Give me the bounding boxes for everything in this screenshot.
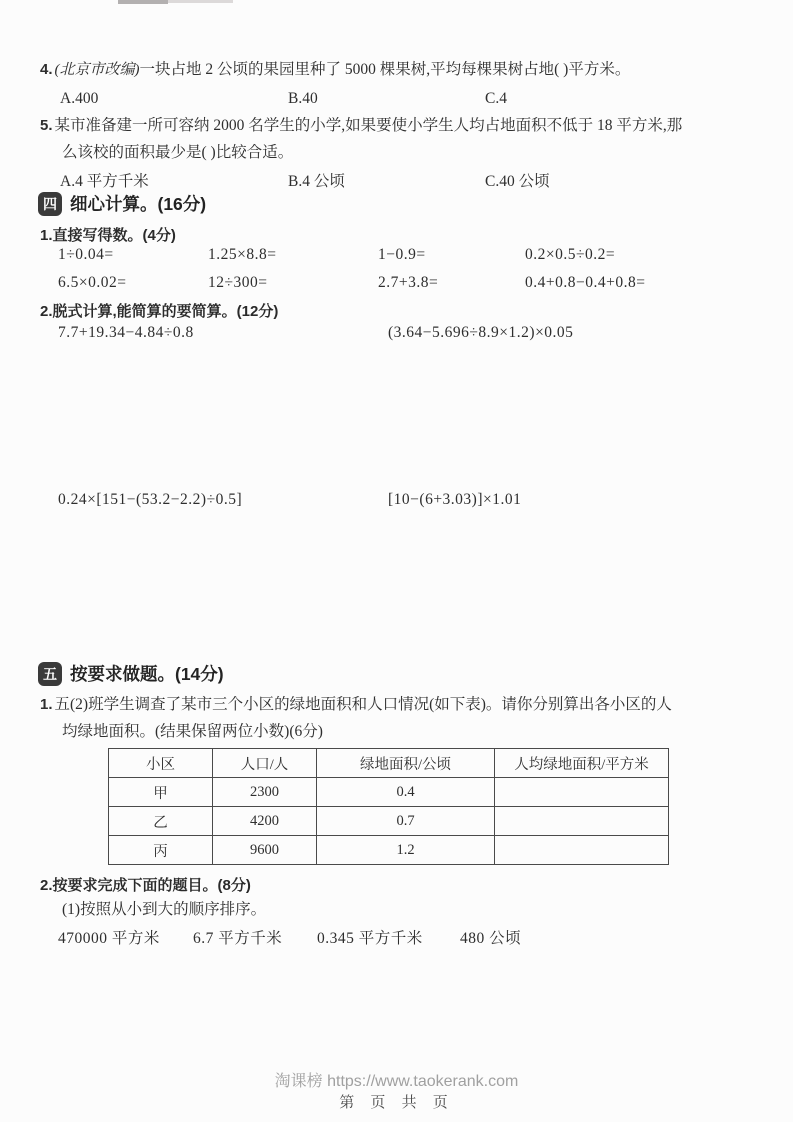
sort-item: 480 公顷: [460, 926, 521, 948]
table-row: 乙 4200 0.7: [109, 807, 669, 836]
question-4-number: 4.: [40, 60, 53, 80]
question-4-option-b: B.40: [288, 90, 318, 108]
section-4-badge-icon: 四: [38, 192, 62, 216]
quick-calc-item: 0.2×0.5÷0.2=: [525, 246, 615, 264]
footer-site-watermark: 淘课榜 https://www.taokerank.com: [0, 1068, 793, 1091]
stepwise-expression: [10−(6+3.03)]×1.01: [388, 491, 521, 509]
question-4-text: 一块占地 2 公顷的果园里种了 5000 棵果树,平均每棵果树占地( )平方米。: [140, 60, 631, 80]
question-4-option-a: A.400: [60, 90, 98, 108]
cell-green-area: 0.4: [317, 778, 495, 807]
cell-green-area: 1.2: [317, 836, 495, 865]
section-5-question-2-sub: (1)按照从小到大的顺序排序。: [62, 900, 266, 920]
table-header-population: 人口/人: [213, 749, 317, 778]
footer-page-indicator: 第 页 共 页: [0, 1091, 793, 1112]
section-4-header: 四 细心计算。(16分): [38, 191, 206, 216]
table-row: 甲 2300 0.4: [109, 778, 669, 807]
quick-calc-item: 12÷300=: [208, 274, 268, 292]
scan-artifact-line: [118, 0, 168, 4]
section-5-header: 五 按要求做题。(14分): [38, 661, 224, 686]
quick-calc-item: 6.5×0.02=: [58, 274, 126, 292]
community-green-area-table: 小区 人口/人 绿地面积/公顷 人均绿地面积/平方米 甲 2300 0.4 乙 …: [108, 748, 669, 865]
section-5-title: 按要求做题。(14分): [70, 661, 224, 686]
sort-item: 470000 平方米: [58, 926, 160, 948]
section-4-part-1-title: 1.直接写得数。(4分): [40, 224, 176, 245]
section-5-question-1-line2: 均绿地面积。(结果保留两位小数)(6分): [62, 722, 323, 742]
cell-population: 2300: [213, 778, 317, 807]
cell-community: 乙: [109, 807, 213, 836]
cell-answer-blank: [495, 807, 669, 836]
stepwise-expression: 7.7+19.34−4.84÷0.8: [58, 324, 194, 342]
quick-calc-item: 2.7+3.8=: [378, 274, 438, 292]
section-5-question-2-title: 2.按要求完成下面的题目。(8分): [40, 874, 251, 895]
stepwise-expression: (3.64−5.696÷8.9×1.2)×0.05: [388, 324, 573, 342]
table-header-green-area: 绿地面积/公顷: [317, 749, 495, 778]
scan-artifact-line-light: [168, 0, 233, 3]
cell-answer-blank: [495, 778, 669, 807]
table-header-row: 小区 人口/人 绿地面积/公顷 人均绿地面积/平方米: [109, 749, 669, 778]
question-4: 4. (北京市改编) 一块占地 2 公顷的果园里种了 5000 棵果树,平均每棵…: [40, 60, 630, 80]
question-4-option-c: C.4: [485, 90, 507, 108]
table-header-community: 小区: [109, 749, 213, 778]
question-5-number: 5.: [40, 116, 53, 136]
question-5-option-a: A.4 平方千米: [60, 169, 149, 191]
sort-item: 6.7 平方千米: [193, 926, 282, 948]
test-paper-page: 4. (北京市改编) 一块占地 2 公顷的果园里种了 5000 棵果树,平均每棵…: [0, 0, 793, 1122]
section-5-question-1-line1: 五(2)班学生调查了某市三个小区的绿地面积和人口情况(如下表)。请你分别算出各小…: [55, 695, 672, 715]
quick-calc-item: 1÷0.04=: [58, 246, 114, 264]
section-4-title: 细心计算。(16分): [70, 191, 206, 216]
cell-green-area: 0.7: [317, 807, 495, 836]
quick-calc-item: 1.25×8.8=: [208, 246, 276, 264]
quick-calc-item: 1−0.9=: [378, 246, 426, 264]
quick-calc-item: 0.4+0.8−0.4+0.8=: [525, 274, 645, 292]
question-5-option-b: B.4 公顷: [288, 169, 345, 191]
stepwise-expression: 0.24×[151−(53.2−2.2)÷0.5]: [58, 491, 242, 509]
section-4-part-2-title: 2.脱式计算,能简算的要简算。(12分): [40, 300, 278, 321]
question-5: 5. 某市准备建一所可容纳 2000 名学生的小学,如果要使小学生人均占地面积不…: [40, 116, 682, 136]
section-5-question-1: 1. 五(2)班学生调查了某市三个小区的绿地面积和人口情况(如下表)。请你分别算…: [40, 695, 672, 715]
sort-item: 0.345 平方千米: [317, 926, 423, 948]
cell-community: 甲: [109, 778, 213, 807]
question-5-option-c: C.40 公顷: [485, 169, 550, 191]
section-5-badge-icon: 五: [38, 662, 62, 686]
table-header-per-capita: 人均绿地面积/平方米: [495, 749, 669, 778]
cell-community: 丙: [109, 836, 213, 865]
section-5-question-1-number: 1.: [40, 695, 53, 715]
cell-answer-blank: [495, 836, 669, 865]
cell-population: 4200: [213, 807, 317, 836]
table-row: 丙 9600 1.2: [109, 836, 669, 865]
cell-population: 9600: [213, 836, 317, 865]
question-5-line1: 某市准备建一所可容纳 2000 名学生的小学,如果要使小学生人均占地面积不低于 …: [55, 116, 683, 136]
question-5-line2: 么该校的面积最少是( )比较合适。: [62, 143, 293, 163]
question-4-source: (北京市改编): [55, 60, 140, 80]
